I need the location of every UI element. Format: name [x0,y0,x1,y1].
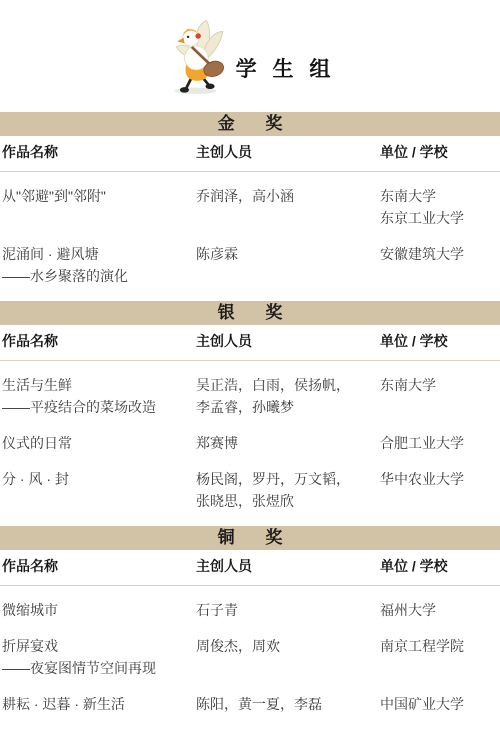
school: 东南大学 东京工业大学 [380,185,498,229]
table-row: 泥涌间 · 避风塘 ——水乡聚落的演化 陈彦霖 安徽建筑大学 [0,243,500,287]
school: 中国矿业大学 [380,693,498,715]
award-banner-bronze: 铜 奖 [0,526,500,550]
page: 学 生 组 金 奖 作品名称 主创人员 单位 / 学校 从"邻避"到"邻附" 乔… [0,0,500,754]
creators: 吴正浩，白雨，侯扬帆， 李孟睿，孙曦梦 [196,374,380,418]
work-title: 从"邻避"到"邻附" [2,185,196,229]
table-row: 耕耘 · 迟暮 · 新生活 陈阳，黄一夏，李磊 中国矿业大学 [0,693,500,715]
award-section-silver: 银 奖 作品名称 主创人员 单位 / 学校 生活与生鲜 ——平疫结合的菜场改造 … [0,301,500,512]
work-title: 仪式的日常 [2,432,196,454]
column-header-creators: 主创人员 [196,333,380,350]
school: 华中农业大学 [380,468,498,512]
creators: 陈彦霖 [196,243,380,287]
table-row: 微缩城市 石子青 福州大学 [0,599,500,621]
table-body: 微缩城市 石子青 福州大学 折屏宴戏 ——夜宴图情节空间再现 周俊杰，周欢 南京… [0,586,500,715]
school: 南京工程学院 [380,635,498,679]
column-header-creators: 主创人员 [196,144,380,161]
award-section-bronze: 铜 奖 作品名称 主创人员 单位 / 学校 微缩城市 石子青 福州大学 折屏宴戏… [0,526,500,715]
table-body: 从"邻避"到"邻附" 乔润泽，高小涵 东南大学 东京工业大学 泥涌间 · 避风塘… [0,172,500,287]
table-header-row: 作品名称 主创人员 单位 / 学校 [0,550,500,586]
bird-mascot-icon [168,16,232,98]
creators: 乔润泽，高小涵 [196,185,380,229]
table-row: 生活与生鲜 ——平疫结合的菜场改造 吴正浩，白雨，侯扬帆， 李孟睿，孙曦梦 东南… [0,374,500,418]
school: 福州大学 [380,599,498,621]
table-row: 从"邻避"到"邻附" 乔润泽，高小涵 东南大学 东京工业大学 [0,185,500,229]
column-header-creators: 主创人员 [196,558,380,575]
work-title: 微缩城市 [2,599,196,621]
award-banner-gold: 金 奖 [0,112,500,136]
award-section-gold: 金 奖 作品名称 主创人员 单位 / 学校 从"邻避"到"邻附" 乔润泽，高小涵… [0,112,500,287]
work-title: 折屏宴戏 ——夜宴图情节空间再现 [2,635,196,679]
page-header: 学 生 组 [0,0,500,102]
column-header-work: 作品名称 [2,333,196,350]
school: 安徽建筑大学 [380,243,498,287]
creators: 陈阳，黄一夏，李磊 [196,693,380,715]
school: 合肥工业大学 [380,432,498,454]
work-title: 分 · 风 · 封 [2,468,196,512]
table-row: 折屏宴戏 ——夜宴图情节空间再现 周俊杰，周欢 南京工程学院 [0,635,500,679]
work-title: 泥涌间 · 避风塘 ——水乡聚落的演化 [2,243,196,287]
column-header-work: 作品名称 [2,558,196,575]
column-header-school: 单位 / 学校 [380,333,498,350]
creators: 郑赛博 [196,432,380,454]
award-banner-silver: 银 奖 [0,301,500,325]
column-header-school: 单位 / 学校 [380,558,498,575]
table-row: 仪式的日常 郑赛博 合肥工业大学 [0,432,500,454]
creators: 石子青 [196,599,380,621]
column-header-school: 单位 / 学校 [380,144,498,161]
column-header-work: 作品名称 [2,144,196,161]
page-title: 学 生 组 [236,53,333,83]
table-header-row: 作品名称 主创人员 单位 / 学校 [0,325,500,361]
table-header-row: 作品名称 主创人员 单位 / 学校 [0,136,500,172]
table-body: 生活与生鲜 ——平疫结合的菜场改造 吴正浩，白雨，侯扬帆， 李孟睿，孙曦梦 东南… [0,361,500,512]
creators: 杨民阁，罗丹，万文韬， 张晓思，张煜欣 [196,468,380,512]
work-title: 生活与生鲜 ——平疫结合的菜场改造 [2,374,196,418]
work-title: 耕耘 · 迟暮 · 新生活 [2,693,196,715]
school: 东南大学 [380,374,498,418]
table-row: 分 · 风 · 封 杨民阁，罗丹，万文韬， 张晓思，张煜欣 华中农业大学 [0,468,500,512]
creators: 周俊杰，周欢 [196,635,380,679]
